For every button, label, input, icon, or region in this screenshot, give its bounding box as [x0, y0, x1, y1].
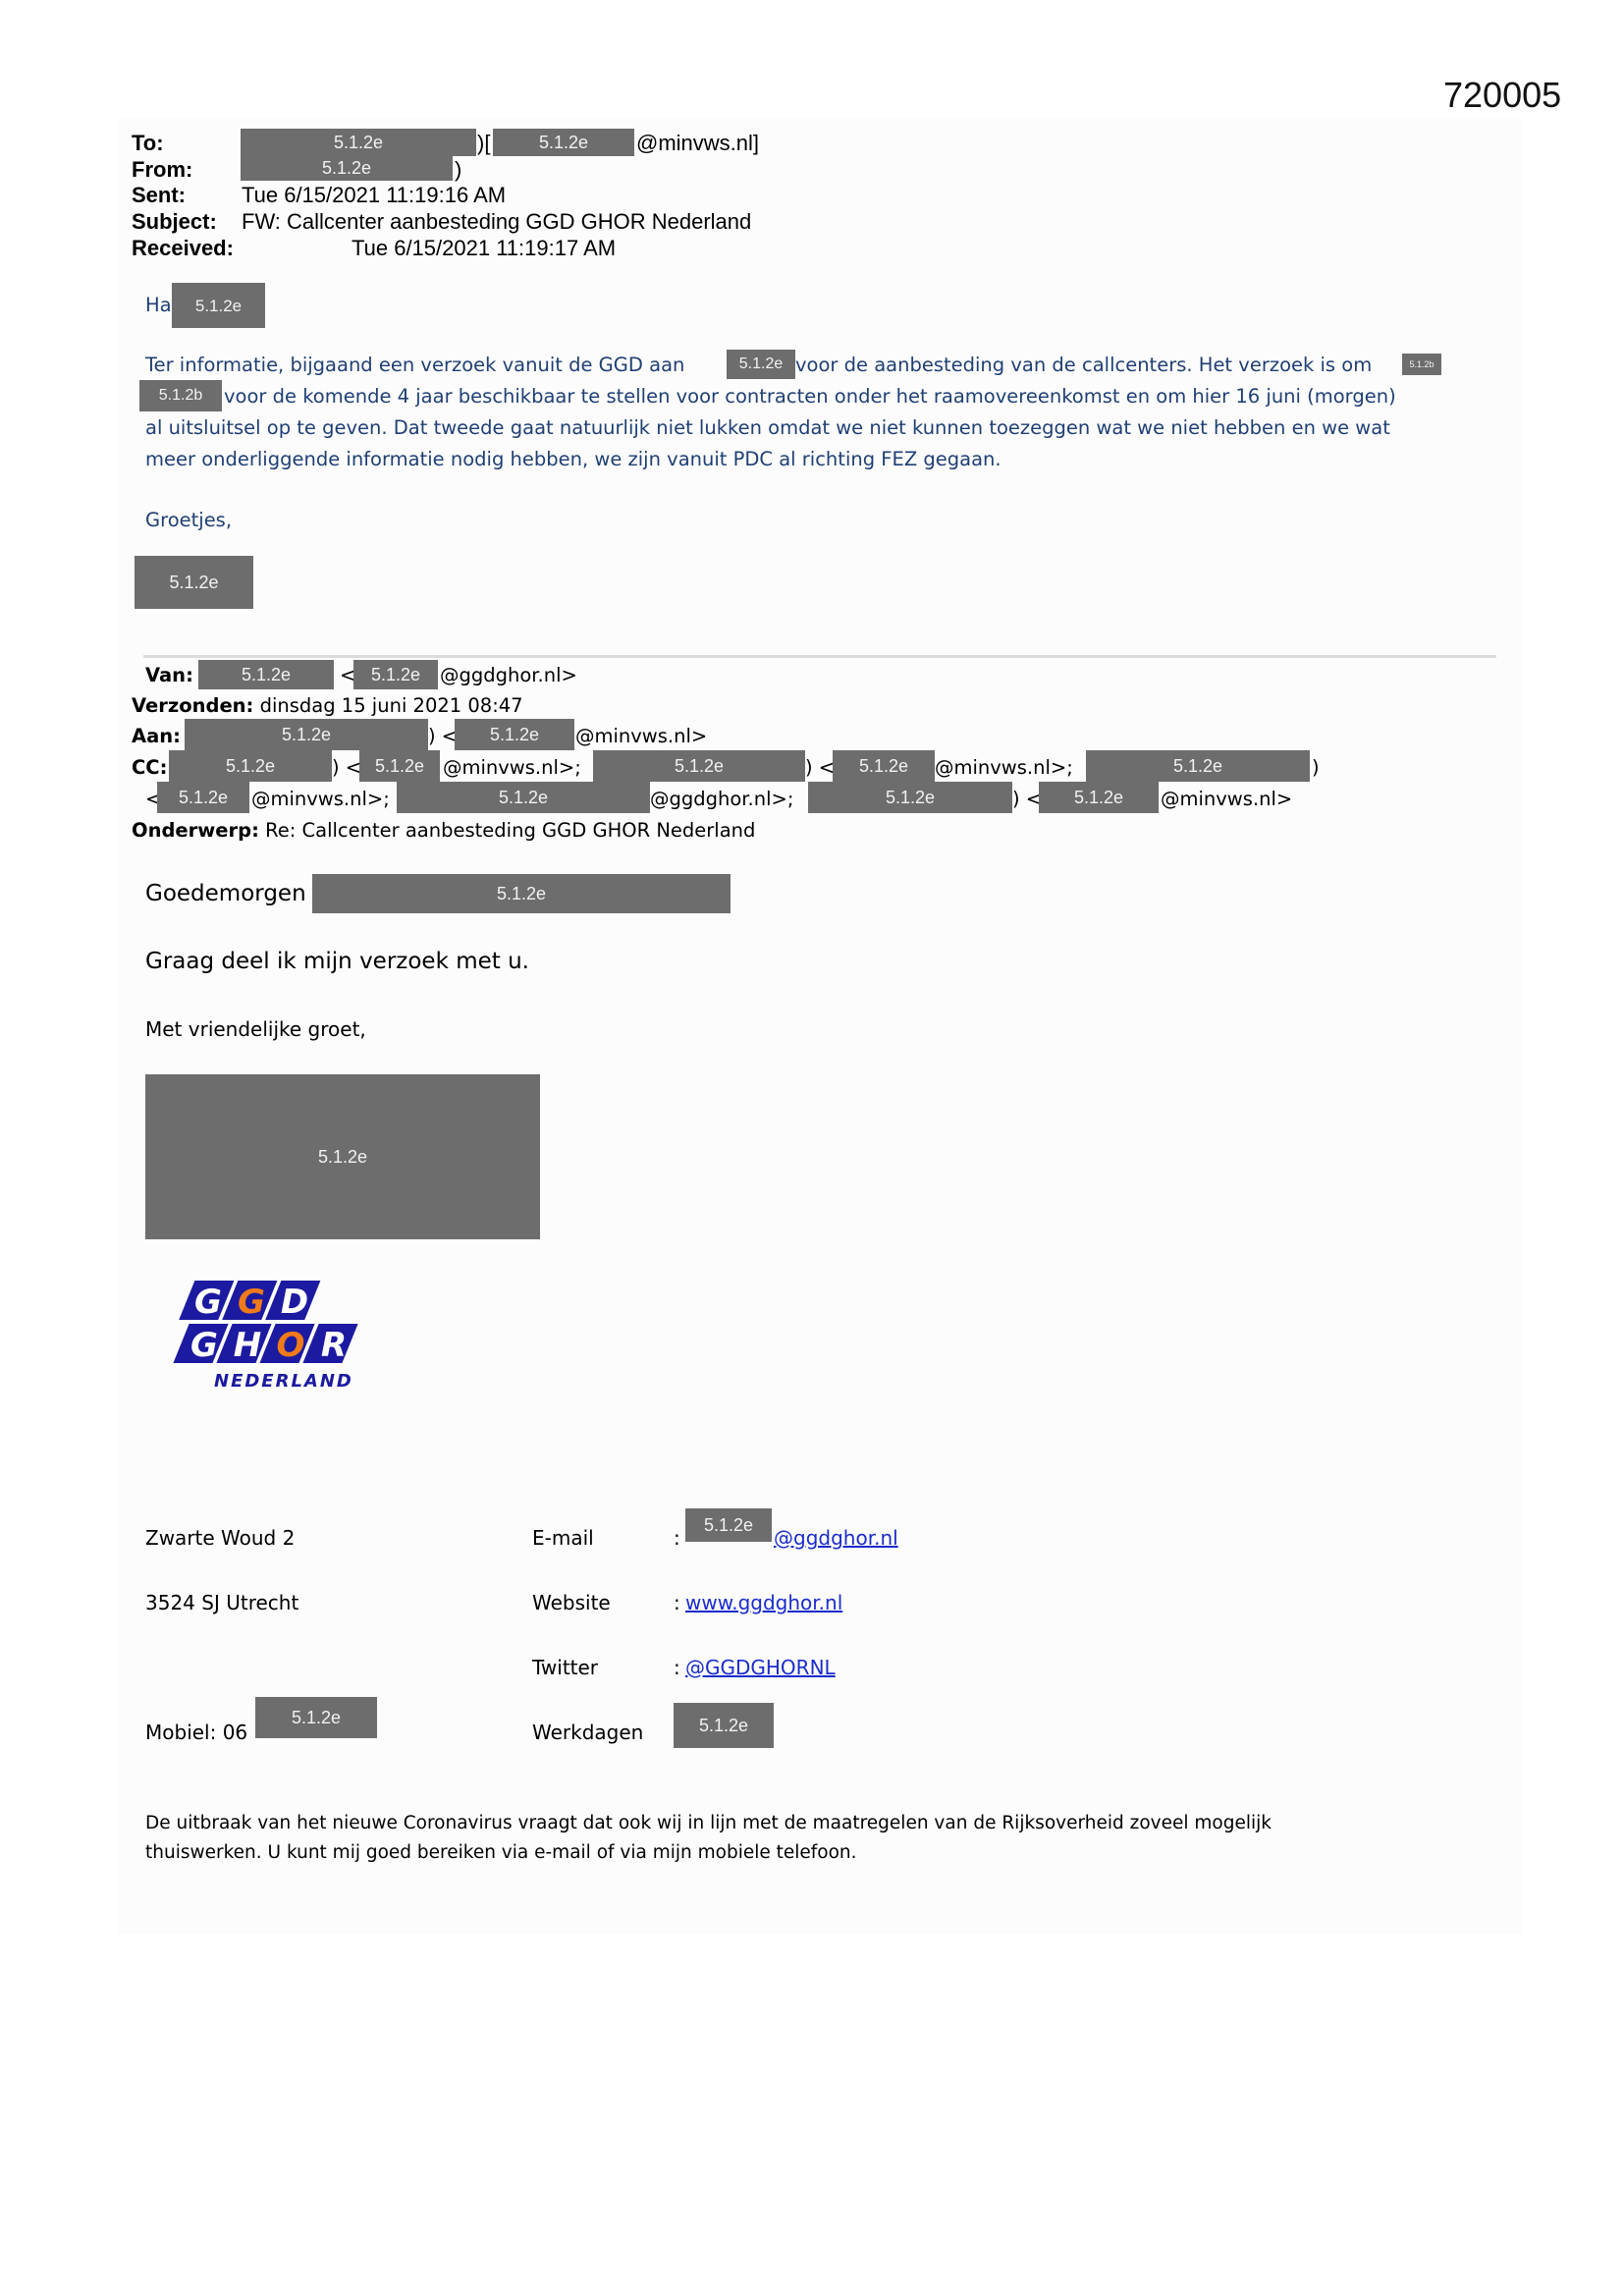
- to-domain: @minvws.nl]: [636, 131, 759, 156]
- redaction: 5.1.2e: [1039, 782, 1159, 813]
- subject-value: Re: Callcenter aanbesteding GGD GHOR Ned…: [265, 819, 755, 842]
- redaction-signature-block: 5.1.2e: [145, 1074, 540, 1239]
- greeting: Ha: [145, 290, 172, 321]
- logo-letter: G: [194, 1283, 222, 1322]
- logo-letter: R: [321, 1326, 347, 1365]
- paragraph-line-1b: voor de aanbesteding van de callcenters.…: [795, 350, 1372, 381]
- website-label: Website: [532, 1591, 611, 1614]
- to-separator: )[: [477, 131, 490, 156]
- email-link[interactable]: @ggdghor.nl: [774, 1526, 898, 1550]
- redaction: 5.1.2e: [241, 129, 476, 156]
- colon: :: [674, 1591, 680, 1614]
- redaction: 5.1.2e: [198, 660, 334, 689]
- label-from: From:: [132, 157, 192, 183]
- cc-domain: @minvws.nl>;: [251, 788, 390, 810]
- sep: ) <: [332, 756, 361, 779]
- redaction: 5.1.2e: [455, 719, 574, 750]
- label-received: Received:: [132, 236, 234, 261]
- divider: [143, 655, 1496, 658]
- cc-domain: @minvws.nl>;: [443, 756, 581, 779]
- redaction: 5.1.2e: [185, 719, 428, 750]
- paragraph-line-4: meer onderliggende informatie nodig hebb…: [145, 444, 1001, 475]
- logo-letter: H: [234, 1326, 261, 1365]
- closing: Groetjes,: [145, 505, 232, 536]
- received-value: Tue 6/15/2021 11:19:17 AM: [352, 236, 616, 261]
- sep: ) <: [428, 725, 458, 747]
- website-link[interactable]: www.ggdghor.nl: [685, 1591, 842, 1614]
- document-number: 720005: [1443, 75, 1561, 116]
- label-aan: Aan:: [132, 725, 181, 747]
- subject-value: FW: Callcenter aanbesteding GGD GHOR Ned…: [242, 209, 751, 235]
- redaction: 5.1.2b: [1402, 354, 1441, 375]
- cc-last-domain: @minvws.nl>: [1161, 788, 1292, 810]
- redaction-signature: 5.1.2e: [135, 556, 253, 609]
- to-domain: @minvws.nl>: [575, 725, 707, 747]
- redaction: 5.1.2e: [353, 660, 438, 689]
- address-line-2: 3524 SJ Utrecht: [145, 1591, 298, 1614]
- logo-letter: O: [277, 1326, 305, 1365]
- redaction: 5.1.2e: [312, 874, 731, 913]
- label-verzonden: Verzonden: dinsdag 15 juni 2021 08:47: [132, 694, 523, 717]
- redaction: 5.1.2e: [685, 1508, 772, 1542]
- footer-note-line-2: thuiswerken. U kunt mij goed bereiken vi…: [145, 1842, 857, 1863]
- colon: :: [674, 1526, 680, 1550]
- cc-domain: @minvws.nl>;: [935, 756, 1073, 779]
- inner-line-1: Graag deel ik mijn verzoek met u.: [145, 949, 529, 974]
- label-subject: Subject:: [132, 209, 217, 235]
- redaction: 5.1.2e: [727, 350, 795, 379]
- redaction: 5.1.2e: [241, 155, 453, 181]
- redaction: 5.1.2e: [359, 750, 440, 782]
- redaction: 5.1.2b: [139, 380, 222, 411]
- footer-note-line-1: De uitbraak van het nieuwe Coronavirus v…: [145, 1813, 1272, 1833]
- label-cc: CC:: [132, 756, 167, 779]
- paragraph-line-2: voor de komende 4 jaar beschikbaar te st…: [224, 381, 1396, 412]
- label-van: Van:: [145, 664, 193, 686]
- address-line-1: Zwarte Woud 2: [145, 1526, 295, 1550]
- logo-subtitle: NEDERLAND: [214, 1371, 353, 1392]
- from-suffix: ): [455, 157, 461, 183]
- redaction: 5.1.2e: [169, 750, 332, 782]
- twitter-link[interactable]: @GGDGHORNL: [685, 1656, 836, 1679]
- redaction: 5.1.2e: [1086, 750, 1310, 782]
- redaction: 5.1.2e: [255, 1697, 377, 1738]
- cc-domain: @ggdghor.nl>;: [650, 788, 793, 810]
- paragraph-line-3: al uitsluitsel op te geven. Dat tweede g…: [145, 412, 1390, 444]
- redaction: 5.1.2e: [493, 129, 634, 156]
- logo-letter: G: [190, 1326, 218, 1365]
- colon: :: [674, 1656, 680, 1679]
- twitter-label: Twitter: [532, 1656, 598, 1679]
- label-to: To:: [132, 131, 164, 156]
- label-onderwerp: Onderwerp: Re: Callcenter aanbesteding G…: [132, 819, 755, 842]
- redaction: 5.1.2e: [593, 750, 805, 782]
- from-domain: @ggdghor.nl>: [440, 664, 577, 686]
- email-label: E-mail: [532, 1526, 594, 1550]
- redaction: 5.1.2e: [833, 750, 935, 782]
- label-sent: Sent:: [132, 183, 186, 208]
- redaction: 5.1.2e: [157, 782, 249, 813]
- sep: ) <: [805, 756, 835, 779]
- sent-value: dinsdag 15 juni 2021 08:47: [260, 694, 523, 717]
- sep: ) <: [1012, 788, 1042, 810]
- workdays-label: Werkdagen: [532, 1721, 643, 1744]
- redaction: 5.1.2e: [674, 1703, 774, 1748]
- logo-letter: G: [238, 1283, 265, 1322]
- sent-value: Tue 6/15/2021 11:19:16 AM: [242, 183, 506, 208]
- inner-greeting: Goedemorgen: [145, 881, 306, 906]
- redaction: 5.1.2e: [172, 283, 265, 328]
- paragraph-line-1a: Ter informatie, bijgaand een verzoek van…: [145, 350, 684, 381]
- sep: ): [1312, 756, 1320, 779]
- redaction: 5.1.2e: [808, 782, 1012, 813]
- redaction: 5.1.2e: [397, 782, 650, 813]
- inner-closing: Met vriendelijke groet,: [145, 1017, 366, 1041]
- logo-letter: D: [281, 1283, 308, 1322]
- ggd-ghor-logo: G G D G H O R NEDERLAND: [167, 1277, 383, 1404]
- mobile-label: Mobiel: 06: [145, 1721, 247, 1744]
